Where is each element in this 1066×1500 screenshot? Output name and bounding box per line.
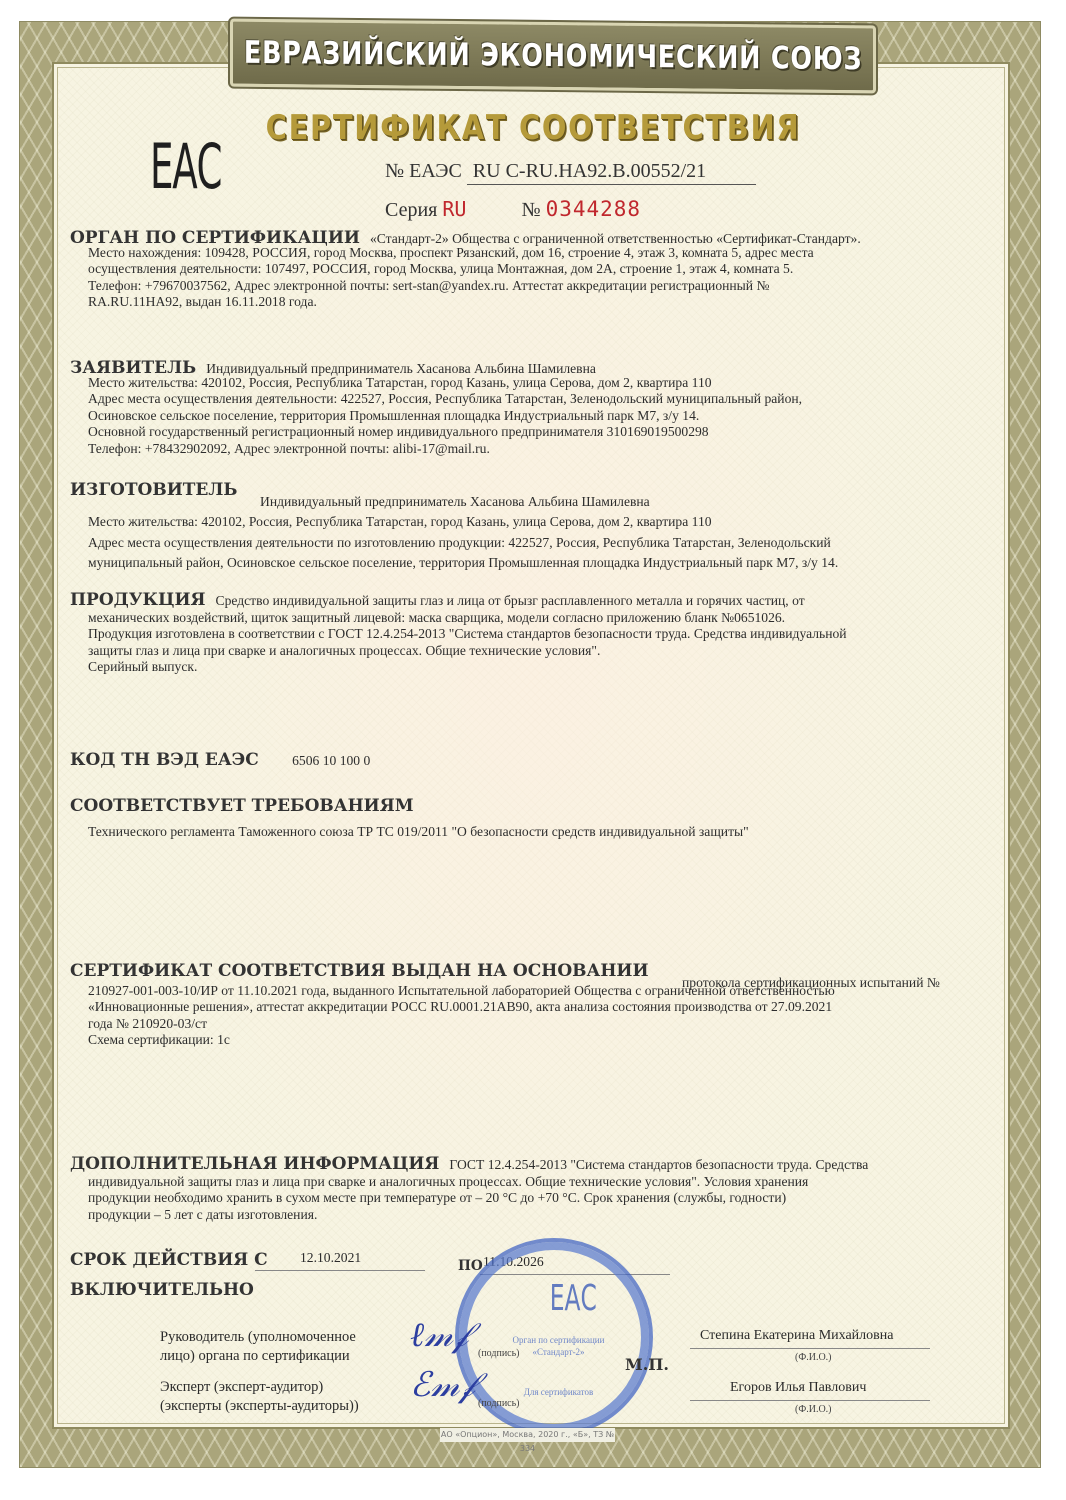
basis-section: СЕРТИФИКАТ СООТВЕТСТВИЯ ВЫДАН НА ОСНОВАН… bbox=[70, 963, 970, 1049]
certificate-series: Серия RU № 0344288 bbox=[385, 197, 641, 222]
eac-logo-icon: ЕАС bbox=[150, 130, 221, 203]
certification-body-section: ОРГАН ПО СЕРТИФИКАЦИИ«Стандарт-2» Общест… bbox=[70, 230, 970, 311]
series-value: RU bbox=[442, 197, 466, 221]
head-name: Степина Екатерина Михайловна bbox=[700, 1328, 893, 1344]
product-heading: ПРОДУКЦИЯ bbox=[70, 590, 206, 610]
manufacturer-heading: ИЗГОТОВИТЕЛЬ bbox=[70, 480, 237, 500]
validity-from-date: 12.10.2021 bbox=[300, 1250, 361, 1266]
requirements-heading: СООТВЕТСТВУЕТ ТРЕБОВАНИЯМ bbox=[70, 796, 414, 816]
certificate-number-value: RU C-RU.НА92.В.00552/21 bbox=[467, 160, 756, 185]
seal-place-label: М.П. bbox=[625, 1355, 669, 1374]
printer-imprint: АО «Опцион», Москва, 2020 г., «Б», ТЗ № … bbox=[440, 1428, 615, 1442]
expert-name: Егоров Илья Павлович bbox=[730, 1380, 866, 1396]
head-signature: ℓ𝓂𝒻 bbox=[410, 1315, 468, 1355]
hs-code-value: 6506 10 100 0 bbox=[292, 753, 370, 768]
additional-info-section: ДОПОЛНИТЕЛЬНАЯ ИНФОРМАЦИЯГОСТ 12.4.254-2… bbox=[70, 1156, 970, 1223]
certificate-number: № ЕАЭС RU C-RU.НА92.В.00552/21 bbox=[385, 160, 756, 185]
additional-info-heading: ДОПОЛНИТЕЛЬНАЯ ИНФОРМАЦИЯ bbox=[70, 1154, 439, 1174]
basis-heading: СЕРТИФИКАТ СООТВЕТСТВИЯ ВЫДАН НА ОСНОВАН… bbox=[70, 961, 649, 981]
hs-code-section: КОД ТН ВЭД ЕАЭС 6506 10 100 0 bbox=[70, 752, 970, 770]
blank-number: 0344288 bbox=[546, 197, 642, 221]
seal-eac-icon: ЕАС bbox=[550, 1278, 597, 1319]
hs-code-heading: КОД ТН ВЭД ЕАЭС bbox=[70, 750, 259, 770]
head-signatory-label: Руководитель (уполномоченное лицо) орган… bbox=[160, 1328, 356, 1366]
applicant-section: ЗАЯВИТЕЛЬИндивидуальный предприниматель … bbox=[70, 360, 970, 457]
manufacturer-section: ИЗГОТОВИТЕЛЬ Индивидуальный предпринимат… bbox=[70, 482, 970, 572]
expert-signatory-label: Эксперт (эксперт-аудитор) (эксперты (экс… bbox=[160, 1378, 359, 1416]
validity-from-heading: СРОК ДЕЙСТВИЯ С bbox=[70, 1250, 268, 1270]
expert-signature: ℰ𝓂𝒻 bbox=[410, 1365, 475, 1405]
union-banner: ЕВРАЗИЙСКИЙ ЭКОНОМИЧЕСКИЙ СОЮЗ bbox=[230, 19, 876, 94]
union-title: ЕВРАЗИЙСКИЙ ЭКОНОМИЧЕСКИЙ СОЮЗ bbox=[244, 35, 862, 77]
requirements-section: СООТВЕТСТВУЕТ ТРЕБОВАНИЯМ Технического р… bbox=[70, 798, 970, 840]
product-section: ПРОДУКЦИЯСредство индивидуальной защиты … bbox=[70, 592, 970, 676]
